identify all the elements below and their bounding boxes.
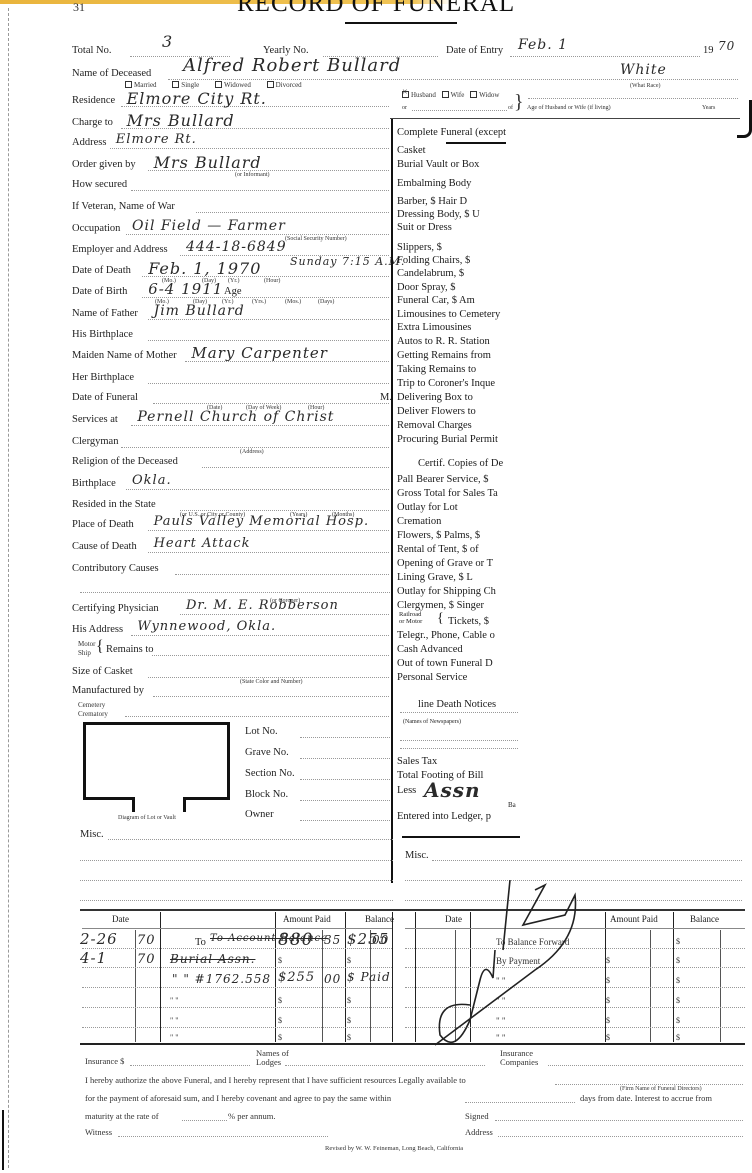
physician-label: Certifying Physician (72, 604, 159, 615)
charge-item: Clergymen, $ Singer (397, 600, 484, 611)
ledger-amount-paid[interactable]: $ (278, 997, 282, 1005)
scan-left-edge-mark (2, 1110, 6, 1170)
residence-label: Residence (72, 96, 115, 107)
his-birthplace-field[interactable] (148, 340, 389, 341)
lot-field-input[interactable] (300, 779, 390, 780)
date-of-birth-label: Date of Birth (72, 287, 127, 298)
order-given-by-caption: (or Informant) (235, 172, 270, 178)
title-underline (345, 22, 457, 24)
percent-text: % per annum. (228, 1112, 275, 1121)
ledger-right-header-balance: Balance (690, 915, 719, 924)
charge-item: Tickets, $ (448, 616, 489, 627)
charge-item: Getting Remains from (397, 350, 491, 361)
mother-label: Maiden Name of Mother (72, 351, 177, 362)
insurance-label: Insurance $ (85, 1057, 124, 1066)
his-address-field[interactable] (131, 635, 389, 636)
clergyman-caption: (Address) (240, 449, 264, 455)
charge-to-value[interactable]: Mrs Bullard (127, 113, 235, 129)
ledger-desc[interactable]: Burial Assn. (170, 953, 255, 965)
revised-by-footer: Revised by W. W. Feineman, Long Beach, C… (325, 1146, 463, 1153)
his-address-label: His Address (72, 625, 123, 636)
residence-value[interactable]: Elmore City Rt. (127, 91, 267, 107)
charge-item: Personal Service (397, 672, 467, 683)
charge-item: Embalming Body (397, 178, 471, 189)
charge-item: Candelabrum, $ (397, 268, 464, 279)
ledger-right-balance[interactable]: $ (676, 1034, 680, 1042)
religion-field[interactable] (202, 467, 389, 468)
race-value[interactable]: White (620, 63, 667, 77)
lodges-label-2: Lodges (256, 1058, 281, 1067)
charge-item: Flowers, $ Palms, $ (397, 530, 480, 541)
charge-item: Burial Vault or Box (397, 159, 479, 170)
her-birthplace-field[interactable] (148, 383, 389, 384)
charge-item: Entered into Ledger, p (397, 811, 491, 822)
ledger-balance[interactable]: $ (347, 997, 351, 1005)
charges-column-border (391, 119, 393, 883)
address-field[interactable] (110, 148, 389, 149)
ledger-row-line (82, 967, 392, 968)
total-no-label: Total No. (72, 46, 112, 57)
charge-item: Suit or Dress (397, 222, 452, 233)
less-value[interactable]: Assn (424, 780, 481, 800)
ledger-year[interactable]: 70 (137, 934, 156, 947)
ledger-row-line (82, 948, 392, 949)
ledger-balance[interactable]: $ Paid (347, 971, 391, 983)
spouse-status-group: Husband Wife Widow (402, 91, 499, 99)
father-field[interactable] (148, 319, 389, 320)
ledger-row-line (82, 987, 392, 988)
checkbox-married[interactable]: Married (125, 81, 157, 89)
caption: (Yrs.) (252, 299, 266, 305)
lot-field-input[interactable] (300, 800, 390, 801)
ledger-right-balance[interactable]: $ (676, 938, 680, 946)
clergyman-label: Clergyman (72, 437, 118, 448)
ledger-amount-cents[interactable]: 35 (324, 934, 341, 946)
charge-item: Barber, $ Hair D (397, 196, 467, 207)
race-caption: (What Race) (630, 83, 660, 89)
cemetery-prefix: CemeteryCrematory (78, 701, 108, 719)
date-of-death-label: Date of Death (72, 266, 131, 277)
total-no-value[interactable]: 3 (162, 34, 173, 50)
checkbox-single[interactable]: Single (172, 81, 199, 89)
remains-to-label: Remains to (106, 645, 154, 656)
ledger-left-header-date: Date (112, 915, 129, 924)
checkbox-widow[interactable]: Widow (470, 91, 499, 99)
checkbox-widowed[interactable]: Widowed (215, 81, 251, 89)
companies-label-2: Companies (500, 1058, 538, 1067)
brace: { (96, 639, 104, 655)
ledger-right-header-amount: Amount Paid (610, 915, 658, 924)
marital-status-group: Married Single Widowed Divorced (125, 81, 302, 89)
charge-item: Cash Advanced (397, 644, 463, 655)
charge-item: Limousines to Cemetery (397, 309, 500, 320)
date-of-birth-value[interactable]: 6-4 1911 (148, 282, 223, 297)
his-birthplace-label: His Birthplace (72, 330, 133, 341)
mother-value[interactable]: Mary Carpenter (191, 346, 328, 361)
occupation-value[interactable]: Oil Field — Farmer (132, 219, 286, 233)
checkbox-wife[interactable]: Wife (442, 91, 465, 99)
occupation-caption: (Social Security Number) (285, 236, 347, 242)
charge-item: Autos to R. R. Station (397, 336, 490, 347)
manufactured-by-label: Manufactured by (72, 686, 144, 697)
charge-item: Outlay for Lot (397, 502, 458, 513)
ledger-desc: " " (170, 1034, 179, 1042)
charge-item: Folding Chairs, $ (397, 255, 470, 266)
address-label: Address (465, 1128, 493, 1137)
address-label: Address (72, 138, 106, 149)
charge-item: Outlay for Shipping Ch (397, 586, 496, 597)
spouse-or-label: or (402, 105, 407, 111)
caption: (Hour) (264, 278, 280, 284)
charge-item: Rental of Tent, $ of (397, 544, 479, 555)
ledger-year[interactable]: 70 (137, 953, 156, 966)
birthplace-field[interactable] (126, 489, 389, 490)
charge-item: Slippers, $ (397, 242, 442, 253)
ledger-right-balance[interactable]: $ (676, 1017, 680, 1025)
entry-year-prefix: 19 (703, 46, 714, 57)
lot-diagram (83, 722, 230, 800)
charge-item: Trip to Coroner's Inque (397, 378, 495, 389)
signature-scrawl (415, 880, 615, 1050)
ledger-date[interactable]: 2-26 (80, 932, 118, 947)
caption: (Days) (318, 299, 334, 305)
lot-field-input[interactable] (300, 758, 390, 759)
employer-label: Employer and Address (72, 245, 168, 256)
clergyman-field[interactable] (121, 447, 389, 448)
lot-field-input[interactable] (300, 820, 390, 821)
cause-of-death-field[interactable] (148, 552, 389, 553)
charge-item: line Death Notices (418, 699, 496, 710)
cause-of-death-label: Cause of Death (72, 542, 137, 553)
address-field[interactable] (498, 1136, 743, 1137)
spouse-brace: } (514, 92, 524, 112)
witness-label: Witness (85, 1128, 112, 1137)
form-title: RECORD OF FUNERAL (237, 0, 515, 18)
order-given-by-label: Order given by (72, 160, 136, 171)
ledger-row-line (82, 1027, 392, 1028)
charge-item: Taking Remains to (397, 364, 476, 375)
his-address-value[interactable]: Wynnewood, Okla. (137, 620, 276, 633)
spouse-of-label: of (508, 105, 513, 111)
casket-size-label: Size of Casket (72, 667, 133, 678)
ledger-desc-prefix: To (195, 938, 206, 949)
physician-caption: (or Coroner) (270, 598, 300, 604)
lot-field-label: Block No. (245, 790, 288, 801)
charge-item: Funeral Car, $ Am (397, 295, 475, 306)
witness-field[interactable] (118, 1136, 328, 1137)
charge-item: Sales Tax (397, 756, 437, 767)
employer-value[interactable]: 444-18-6849 (186, 240, 287, 254)
complete-funeral-heading: Complete Funeral (except (397, 127, 506, 138)
ledger-right-balance[interactable]: $ (676, 977, 680, 985)
charge-item: Extra Limousines (397, 322, 471, 333)
father-label: Name of Father (72, 309, 138, 320)
caption: (Yr.) (228, 278, 240, 284)
firm-caption: (Firm Name of Funeral Directors) (620, 1086, 702, 1092)
place-of-death-field[interactable] (148, 530, 389, 531)
charge-item: Certif. Copies of De (418, 458, 503, 469)
signed-label: Signed (465, 1112, 489, 1121)
order-given-by-value[interactable]: Mrs Bullard (154, 155, 262, 171)
charge-item: Telegr., Phone, Cable o (397, 630, 495, 641)
how-secured-label: How secured (72, 180, 127, 191)
date-of-funeral-label: Date of Funeral (72, 393, 138, 404)
payment-text: for the payment of aforesaid sum, and I … (85, 1094, 391, 1103)
cemetery-field[interactable] (125, 716, 389, 717)
lot-field-label: Lot No. (245, 727, 278, 738)
ledger-balance[interactable]: $ (347, 1017, 351, 1025)
lot-field-label: Grave No. (245, 748, 289, 759)
address-value[interactable]: Elmore Rt. (116, 133, 197, 146)
remains-to-field[interactable] (152, 655, 389, 656)
ledger-date[interactable]: 4-1 (80, 951, 107, 966)
remains_to-prefix: MotorShip (78, 640, 96, 658)
cause-of-death-value[interactable]: Heart Attack (154, 537, 251, 550)
checkbox-husband[interactable]: Husband (402, 91, 436, 99)
veteran-label: If Veteran, Name of War (72, 202, 175, 213)
lot-field-label: Owner (245, 810, 274, 821)
time-of-death-value[interactable]: Sunday 7:15 A.M. (290, 256, 405, 267)
occupation-field[interactable] (126, 234, 389, 235)
ledger-right-balance[interactable]: $ (676, 957, 680, 965)
ledger-amount-paid[interactable]: $ (278, 1017, 282, 1025)
ledger-balance-cents[interactable]: 00 (372, 934, 389, 946)
charge-to-label: Charge to (72, 118, 113, 129)
charge-item: Door Spray, $ (397, 282, 456, 293)
father-value[interactable]: Jim Bullard (154, 304, 245, 318)
date-of-entry-label: Date of Entry (446, 46, 503, 57)
spouse-age-label: Age of Husband or Wife (if living) (527, 105, 611, 111)
ledger-desc: " " (170, 1017, 179, 1025)
lot-field-input[interactable] (300, 737, 390, 738)
ledger-row-line (82, 1007, 392, 1008)
misc-left-label: Misc. (80, 830, 104, 841)
balance-caption: Ba (508, 802, 516, 809)
ledger-desc: " " (170, 997, 179, 1005)
page-number: 31 (73, 0, 85, 15)
spouse-years-label: Years (702, 105, 715, 111)
physician-value[interactable]: Dr. M. E. Robberson (186, 599, 339, 612)
occupation-label: Occupation (72, 224, 120, 235)
date-of-entry-value[interactable]: Feb. 1 (518, 38, 568, 52)
lot-field-label: Section No. (245, 769, 295, 780)
date-of-death-value[interactable]: Feb. 1, 1970 (148, 261, 261, 277)
contributory-field[interactable] (175, 574, 389, 575)
checkbox-divorced[interactable]: Divorced (267, 81, 302, 89)
form-corner-mark (737, 100, 752, 138)
charge-item: Out of town Funeral D (397, 658, 493, 669)
ledger-desc[interactable]: " " #1762.558 (172, 973, 271, 985)
place-of-death-value[interactable]: Pauls Valley Memorial Hosp. (154, 515, 370, 528)
signed-field[interactable] (495, 1120, 743, 1121)
charge-item: Cremation (397, 516, 441, 527)
charge-item: Less (397, 785, 416, 796)
charge-item: Opening of Grave or T (397, 558, 493, 569)
place-of-death-label: Place of Death (72, 520, 134, 531)
her-birthplace-label: Her Birthplace (72, 373, 134, 384)
tickets-prefix: Railroador Motor (399, 611, 422, 625)
charge-item: Delivering Box to (397, 392, 473, 403)
charge-item: Gross Total for Sales Ta (397, 488, 498, 499)
ledger-balance[interactable]: $ (347, 1034, 351, 1042)
maturity-text: maturity at the rate of (85, 1112, 159, 1121)
charge-item: (Names of Newspapers) (403, 719, 461, 725)
caption: (Mos.) (285, 299, 301, 305)
ledger-left-header-amount: Amount Paid (283, 915, 331, 924)
casket-size-field[interactable] (148, 677, 389, 678)
ledger-left-header-balance: Balance (365, 915, 394, 924)
entry-year-value[interactable]: 70 (718, 40, 735, 52)
charge-item: Pall Bearer Service, $ (397, 474, 489, 485)
religion-label: Religion of the Deceased (72, 457, 178, 468)
resided-label: Resided in the State (72, 500, 156, 511)
resided-field[interactable] (180, 510, 389, 511)
charge-item: Removal Charges (397, 420, 472, 431)
ledger-amount-paid[interactable]: 880 (278, 932, 313, 949)
services-at-label: Services at (72, 415, 118, 426)
misc-right-label: Misc. (405, 851, 429, 862)
age-label: Age (224, 287, 242, 298)
charge-item: Dressing Body, $ U (397, 209, 480, 220)
services-at-field[interactable] (131, 425, 389, 426)
services-at-value[interactable]: Pernell Church of Christ (137, 410, 334, 424)
manufactured-by-field[interactable] (153, 696, 389, 697)
charge-item: Procuring Burial Permit (397, 434, 498, 445)
name-of-deceased-value[interactable]: Alfred Robert Bullard (183, 57, 401, 75)
ledger-amount-cents[interactable]: 00 (324, 973, 341, 985)
birthplace-value[interactable]: Okla. (132, 474, 172, 487)
contributory-label: Contributory Causes (72, 564, 159, 575)
date-of-funeral-field[interactable] (153, 403, 389, 404)
name-of-deceased-label: Name of Deceased (72, 69, 151, 80)
authorize-text: I hereby authorize the above Funeral, an… (85, 1076, 466, 1085)
how-secured-field[interactable] (131, 190, 389, 191)
charge-item: Lining Grave, $ L (397, 572, 473, 583)
ledger-balance[interactable]: $ (347, 957, 351, 965)
veteran-field[interactable] (196, 212, 389, 213)
lot-diagram-caption: Diagram of Lot or Vault (118, 815, 176, 821)
physician-field[interactable] (180, 614, 389, 615)
ledger-amount-paid[interactable]: $ (278, 1034, 282, 1042)
charge-item: Casket (397, 145, 426, 156)
ledger-amount-paid[interactable]: $255 (278, 971, 315, 984)
header-divider (390, 118, 740, 119)
brace: { (437, 612, 444, 626)
casket-size-caption: (State Color and Number) (240, 679, 302, 685)
charge-item: Deliver Flowers to (397, 406, 476, 417)
days-text: days from date. Interest to accrue from (580, 1094, 712, 1103)
ledger-amount-paid[interactable]: $ (278, 957, 282, 965)
ledger-right-balance[interactable]: $ (676, 997, 680, 1005)
scan-left-edge (8, 8, 9, 1168)
birthplace-label: Birthplace (72, 479, 116, 490)
